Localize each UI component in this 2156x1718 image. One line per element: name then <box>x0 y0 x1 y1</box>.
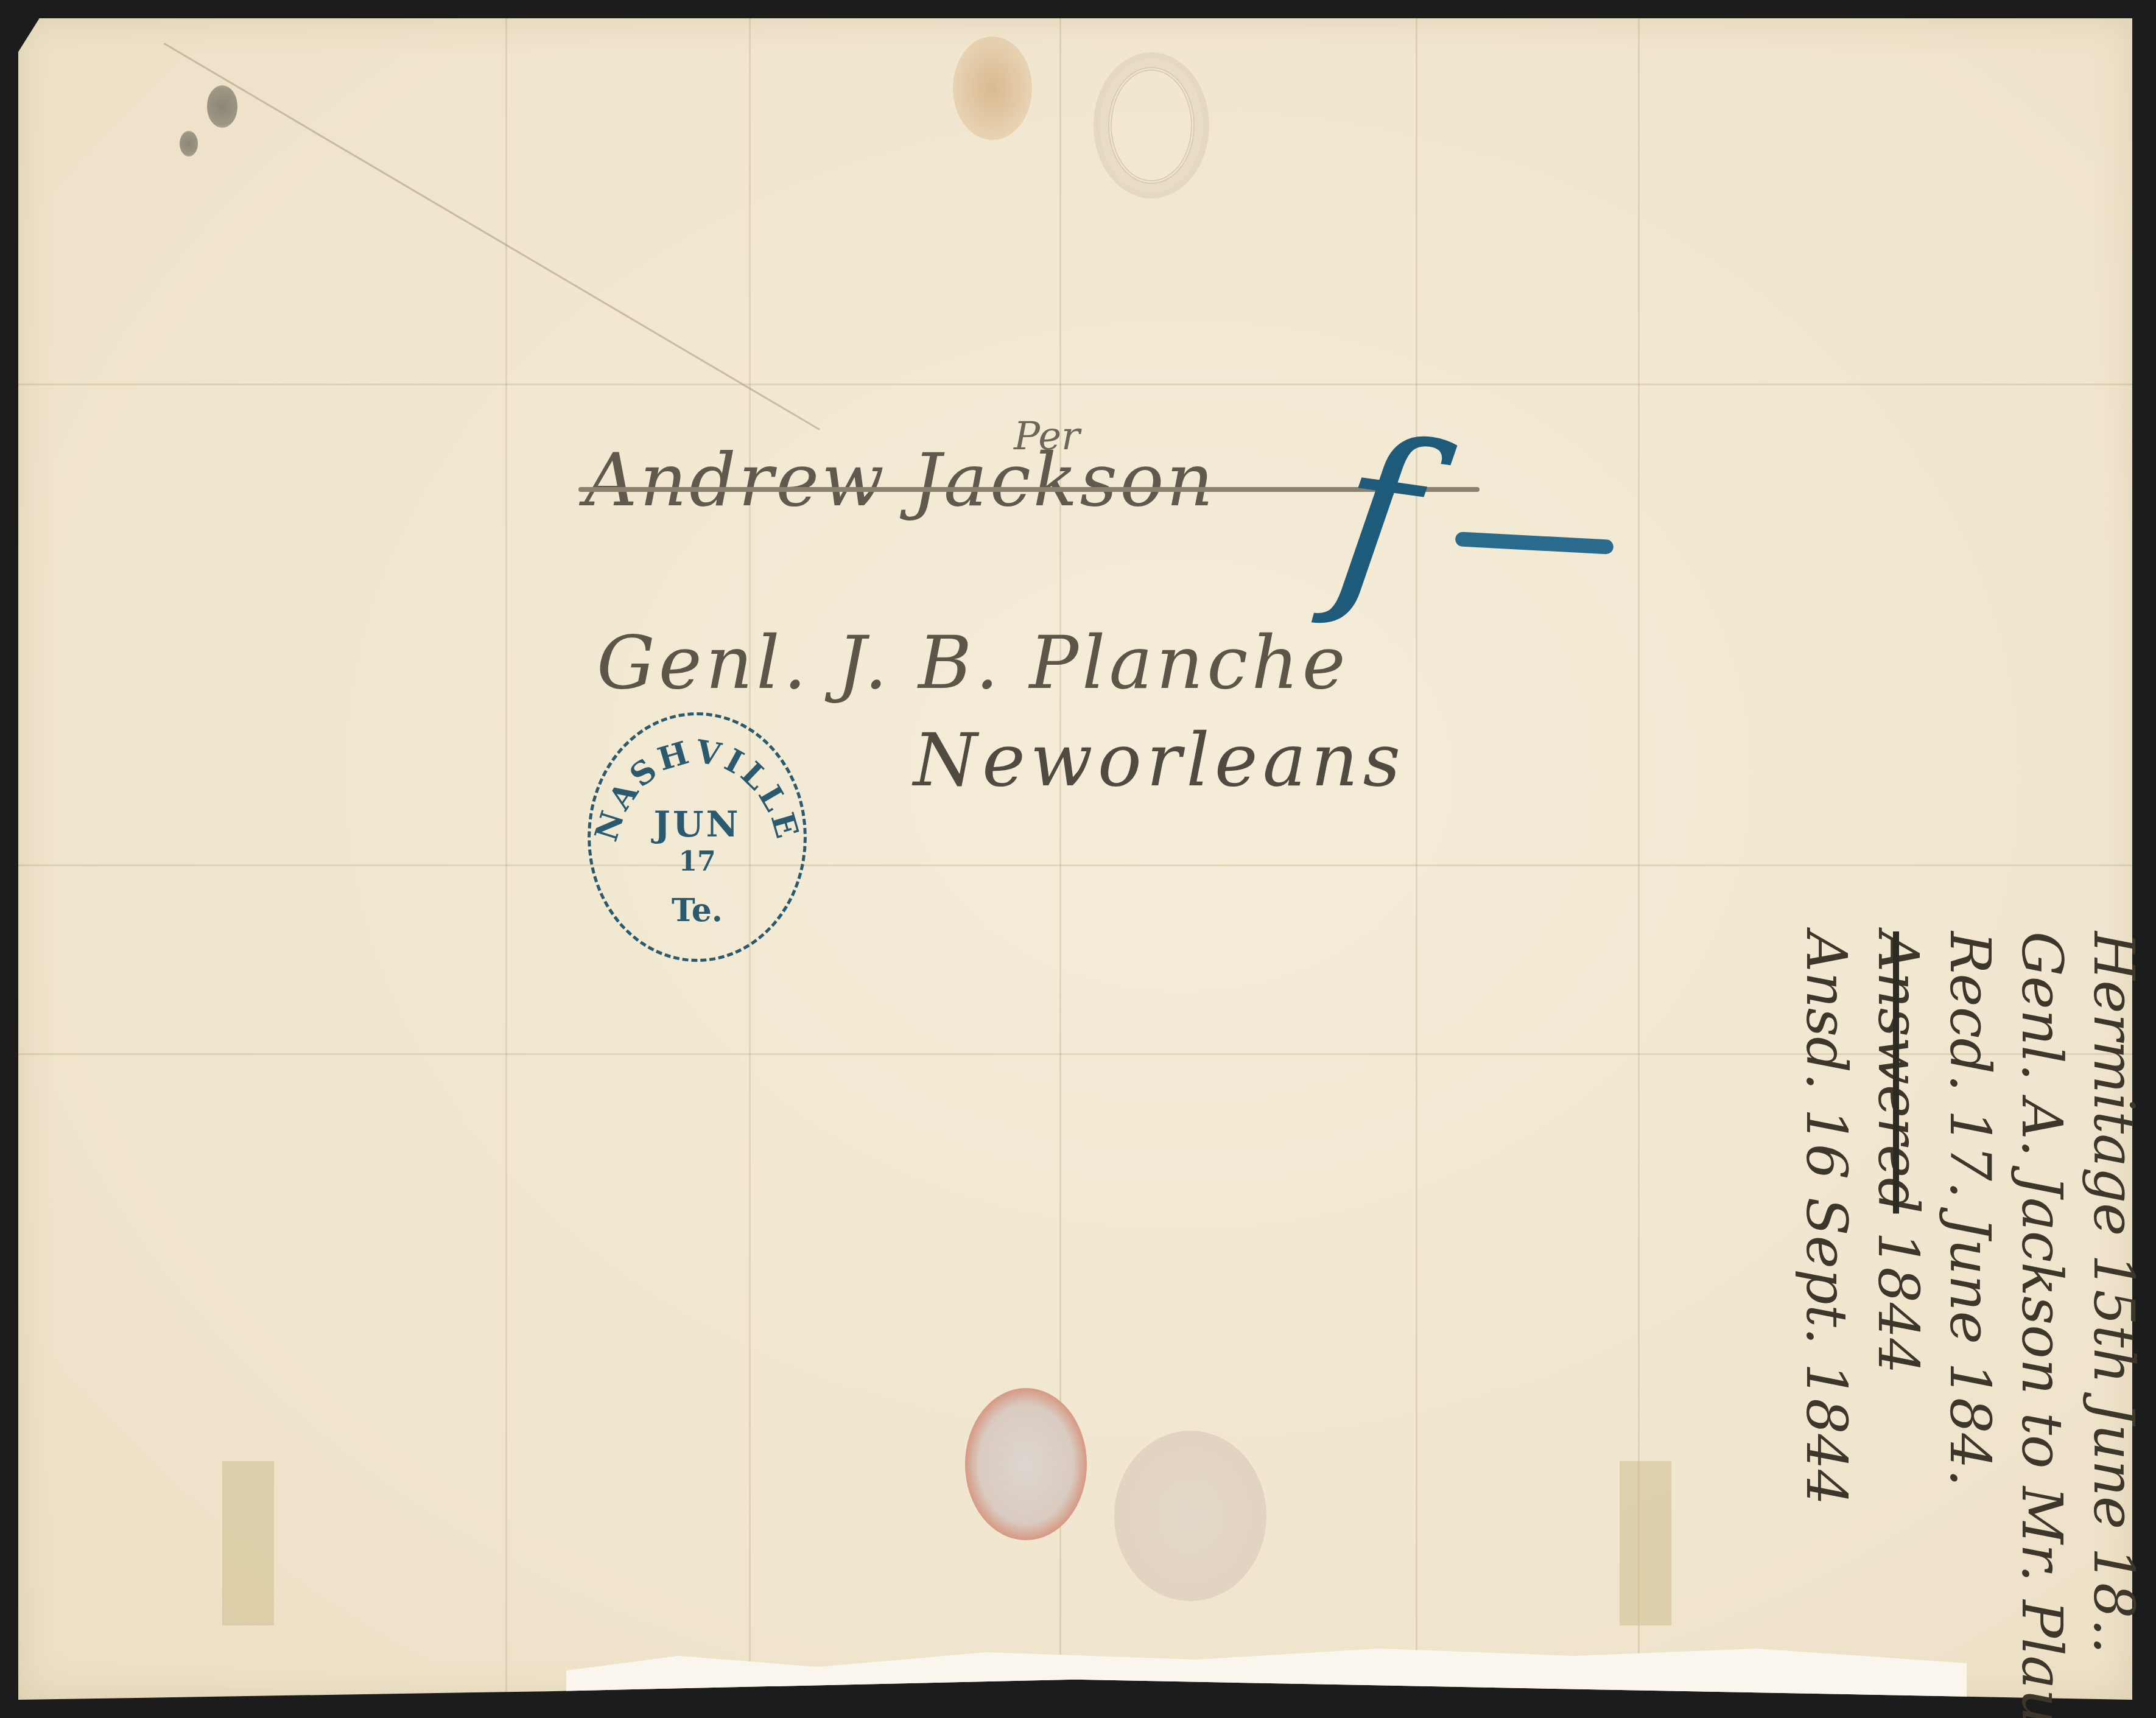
postmark: NASHVILLE JUN 17 Te. <box>588 712 807 962</box>
docketing: Hermitage 15th June 18.. Genl. A. Jackso… <box>1699 931 2149 1638</box>
docket-line: Ansd. 16 Sept. 1844 <box>1790 931 1862 1638</box>
struck-text: Answered <box>1866 931 1931 1213</box>
fold-line <box>18 864 2132 866</box>
docket-line: Recd. 17. June 184. <box>1934 931 2006 1638</box>
ink-spot <box>180 131 198 156</box>
embossed-seal <box>1108 67 1195 184</box>
torn-edge <box>566 1627 1967 1700</box>
ink-spot <box>207 85 237 128</box>
wax-seal-remnant <box>965 1388 1087 1540</box>
fold-line <box>18 384 2132 385</box>
sender-frank: Andrew Jackson <box>585 438 1216 523</box>
postmark-day: 17 <box>591 846 804 877</box>
stain-mark <box>222 1461 274 1625</box>
wax-seal-remnant <box>1114 1431 1266 1601</box>
postmark-state: Te. <box>591 892 804 929</box>
destination-city: Neworleans <box>913 718 1405 803</box>
addressee: Genl. J. B. Planche <box>597 621 1349 706</box>
seal-stain-top <box>953 37 1032 140</box>
fold-line <box>1638 18 1640 1700</box>
docket-line: Genl. A. Jackson to Mr. Plauche <box>2006 931 2077 1638</box>
fold-line <box>505 18 507 1700</box>
postmark-month: JUN <box>591 804 804 845</box>
docket-line: Hermitage 15th June 18.. <box>2077 931 2149 1638</box>
stain-mark <box>1620 1461 1671 1625</box>
diagonal-crease <box>163 43 820 430</box>
fold-line <box>1416 18 1417 1700</box>
docket-line-struck: Answered 1844 <box>1862 931 1934 1638</box>
docket-remainder: 1844 <box>1866 1232 1931 1374</box>
